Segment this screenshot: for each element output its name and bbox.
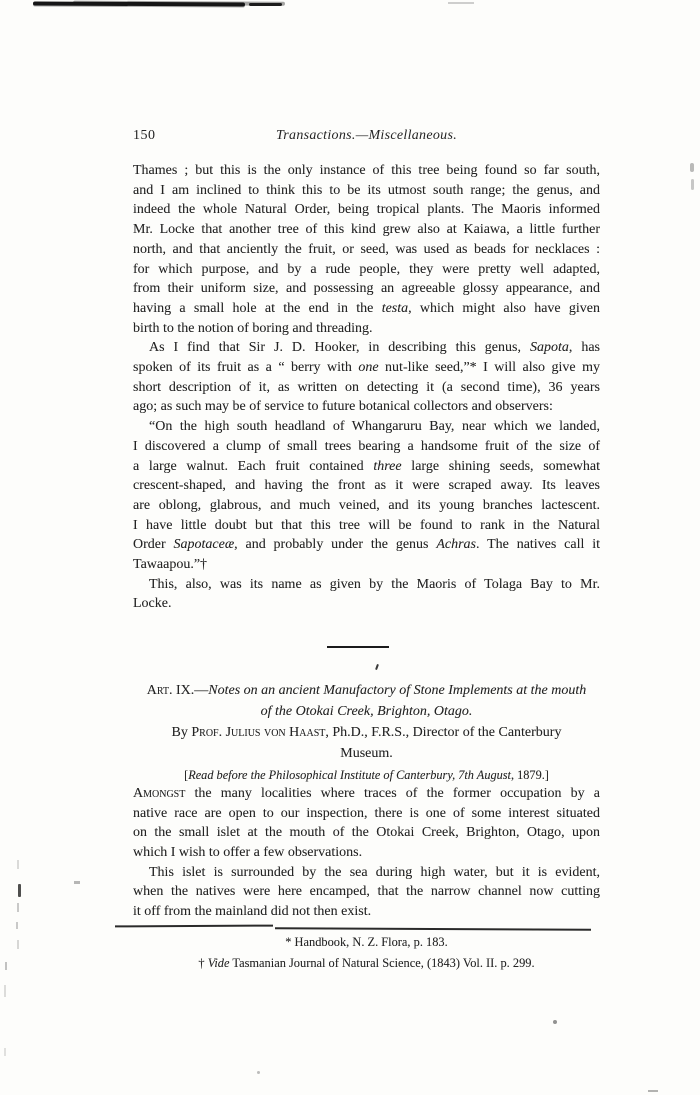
section-divider	[327, 646, 389, 648]
text-line: having a small hole at the end in the te…	[133, 299, 600, 319]
text-run: short description of it, as written on d…	[133, 380, 600, 395]
text-run: birth to the notion of boring and thread…	[133, 321, 373, 336]
text-line: short description of it, as written on d…	[133, 378, 600, 398]
text-run: , 1879.]	[511, 768, 549, 782]
article-title-line-1: Art. IX.—Notes on an ancient Manufactory…	[133, 680, 600, 701]
text-run: Tawaapou.”†	[133, 557, 207, 572]
text-line: native race are open to our inspection, …	[133, 804, 600, 824]
text-run: This islet is surrounded by the sea duri…	[149, 865, 600, 880]
scan-artifact-right-edge	[691, 179, 694, 190]
article-start-text: Amongst the many localities where traces…	[133, 784, 600, 921]
footnote-2: † Vide Tasmanian Journal of Natural Scie…	[133, 953, 600, 974]
text-run: indeed the whole Natural Order, being tr…	[133, 202, 600, 217]
text-run: large shining seeds, somewhat	[402, 459, 600, 474]
scan-artifact-left-edge	[74, 881, 80, 884]
text-run: “On the high south headland of Whangarur…	[149, 419, 600, 434]
text-run: Notes on an ancient Manufactory of Stone…	[208, 683, 586, 698]
text-line: a large walnut. Each fruit contained thr…	[133, 457, 600, 477]
text-line: Order Sapotaceæ, and probably under the …	[133, 535, 600, 555]
text-line: Thames ; but this is the only instance o…	[133, 161, 600, 181]
text-run: and I am inclined to think this to be it…	[133, 183, 600, 198]
page-header: 150 Transactions.—Miscellaneous.	[133, 127, 600, 145]
text-line: As I find that Sir J. D. Hooker, in desc…	[133, 338, 600, 358]
text-run: ago; as such may be of service to future…	[133, 399, 553, 414]
scan-artifact-speck	[257, 1071, 260, 1074]
text-run: are oblong, glabrous, and much veined, a…	[133, 498, 600, 513]
footnote-rule-right-segment	[275, 928, 591, 931]
text-run: having a small hole at the end in the	[133, 301, 382, 316]
read-before-note: [Read before the Philosophical Institute…	[133, 766, 600, 784]
text-line: birth to the notion of boring and thread…	[133, 319, 600, 339]
text-line: Tawaapou.”†	[133, 555, 600, 575]
page-number: 150	[133, 127, 156, 145]
text-line: spoken of its fruit as a “ berry with on…	[133, 358, 600, 378]
text-run: Locke.	[133, 596, 171, 611]
text-run: * Handbook, N. Z. Flora, p. 183.	[285, 935, 447, 949]
text-run: By	[172, 725, 192, 740]
text-run: Tasmanian Journal of Natural Science, (1…	[230, 956, 535, 970]
article-title-line-2: of the Otokai Creek, Brighton, Otago.	[133, 701, 600, 722]
scan-artifact-right-edge	[690, 163, 694, 172]
article-byline-line-2: Museum.	[133, 743, 600, 764]
text-line: Mr. Locke that another tree of this kind…	[133, 220, 600, 240]
scan-artifact-left-edge	[4, 1048, 6, 1056]
text-run: , has	[569, 340, 600, 355]
text-run: crescent-shaped, and having the front as…	[133, 478, 600, 493]
scan-artifact-left-edge	[4, 985, 6, 997]
text-run: As I find that Sir J. D. Hooker, in desc…	[149, 340, 530, 355]
text-line: which I wish to offer a few observations…	[133, 843, 600, 863]
scan-artifact-left-edge	[17, 903, 19, 912]
footnotes: * Handbook, N. Z. Flora, p. 183. † Vide …	[133, 932, 600, 973]
scan-artifact-left-edge	[18, 884, 21, 897]
text-run: —	[194, 683, 208, 698]
text-line: Locke.	[133, 594, 600, 614]
text-run: when the natives were here encamped, tha…	[133, 884, 600, 899]
article-byline-line-1: By Prof. Julius von Haast, Ph.D., F.R.S.…	[133, 722, 600, 743]
text-run: Sapotaceæ	[174, 537, 235, 552]
text-line: This islet is surrounded by the sea duri…	[133, 863, 600, 883]
text-run: three	[373, 459, 401, 474]
text-run: which I wish to offer a few observations…	[133, 845, 362, 860]
text-line: Amongst the many localities where traces…	[133, 784, 600, 804]
text-line: on the small islet at the mouth of the O…	[133, 823, 600, 843]
footnote-rule-left-segment	[115, 925, 273, 927]
text-run: north, and that anciently the fruit, or …	[133, 242, 600, 257]
scan-artifact-speck	[553, 1020, 557, 1024]
text-line: for which purpose, and by a rude people,…	[133, 260, 600, 280]
text-run: , and probably under the genus	[234, 537, 436, 552]
text-run: , Ph.D., F.R.S., Director of the Canterb…	[325, 725, 561, 740]
text-line: indeed the whole Natural Order, being tr…	[133, 200, 600, 220]
text-line: when the natives were here encamped, tha…	[133, 882, 600, 902]
text-run: Prof. Julius von Haast	[191, 725, 325, 740]
scan-artifact-left-edge	[16, 922, 18, 929]
text-run: on the small islet at the mouth of the O…	[133, 825, 600, 840]
text-run: Achras	[436, 537, 476, 552]
text-block: 150 Transactions.—Miscellaneous. Thames …	[133, 0, 600, 973]
scan-artifact-left-edge	[5, 962, 7, 970]
text-run: Mr. Locke that another tree of this kind…	[133, 222, 600, 237]
text-run: , which might also have given	[408, 301, 600, 316]
text-run: Art. IX.	[147, 683, 195, 698]
text-run: the many localities where traces of the …	[185, 786, 600, 801]
text-run: Vide	[208, 956, 230, 970]
text-line: ago; as such may be of service to future…	[133, 397, 600, 417]
text-run: Thames ; but this is the only instance o…	[133, 163, 600, 178]
text-run: spoken of its fruit as a “ berry with	[133, 360, 358, 375]
text-run: of the Otokai Creek, Brighton, Otago.	[261, 704, 473, 719]
text-line: I have little doubt but that this tree w…	[133, 516, 600, 536]
text-run: This, also, was its name as given by the…	[149, 577, 600, 592]
text-run: one	[358, 360, 378, 375]
article-heading: Art. IX.—Notes on an ancient Manufactory…	[133, 680, 600, 784]
running-title: Transactions.—Miscellaneous.	[133, 127, 600, 145]
text-run: †	[198, 956, 207, 970]
scan-artifact-left-edge	[17, 940, 19, 949]
text-line: and I am inclined to think this to be it…	[133, 181, 600, 201]
text-run: testa	[382, 301, 408, 316]
text-run: . The natives call it	[476, 537, 600, 552]
text-line: from their uniform size, and possessing …	[133, 279, 600, 299]
text-line: crescent-shaped, and having the front as…	[133, 476, 600, 496]
text-run: from their uniform size, and possessing …	[133, 281, 600, 296]
scanned-page: 150 Transactions.—Miscellaneous. Thames …	[0, 0, 700, 1095]
text-line: north, and that anciently the fruit, or …	[133, 240, 600, 260]
text-run: Read before the Philosophical Institute …	[188, 768, 511, 782]
text-line: are oblong, glabrous, and much veined, a…	[133, 496, 600, 516]
text-run: for which purpose, and by a rude people,…	[133, 262, 600, 277]
text-run: nut-like seed,”* I will also give my	[379, 360, 600, 375]
footnote-rule	[133, 924, 600, 931]
footnote-1: * Handbook, N. Z. Flora, p. 183.	[133, 932, 600, 953]
text-line: “On the high south headland of Whangarur…	[133, 417, 600, 437]
text-line: This, also, was its name as given by the…	[133, 575, 600, 595]
text-run: Order	[133, 537, 174, 552]
text-run: I have little doubt but that this tree w…	[133, 518, 600, 533]
text-run: I discovered a clump of small trees bear…	[133, 439, 600, 454]
text-line: it off from the mainland did not then ex…	[133, 902, 600, 922]
text-line: I discovered a clump of small trees bear…	[133, 437, 600, 457]
text-run: Museum.	[340, 746, 393, 761]
article-end-text: Thames ; but this is the only instance o…	[133, 161, 600, 614]
text-run: Sapota	[530, 340, 569, 355]
text-run: native race are open to our inspection, …	[133, 806, 600, 821]
text-run: a large walnut. Each fruit contained	[133, 459, 373, 474]
text-run: Amongst	[133, 786, 185, 801]
text-run: it off from the mainland did not then ex…	[133, 904, 371, 919]
scan-artifact-left-edge	[17, 860, 19, 869]
scan-artifact-bottom-right	[648, 1090, 658, 1092]
